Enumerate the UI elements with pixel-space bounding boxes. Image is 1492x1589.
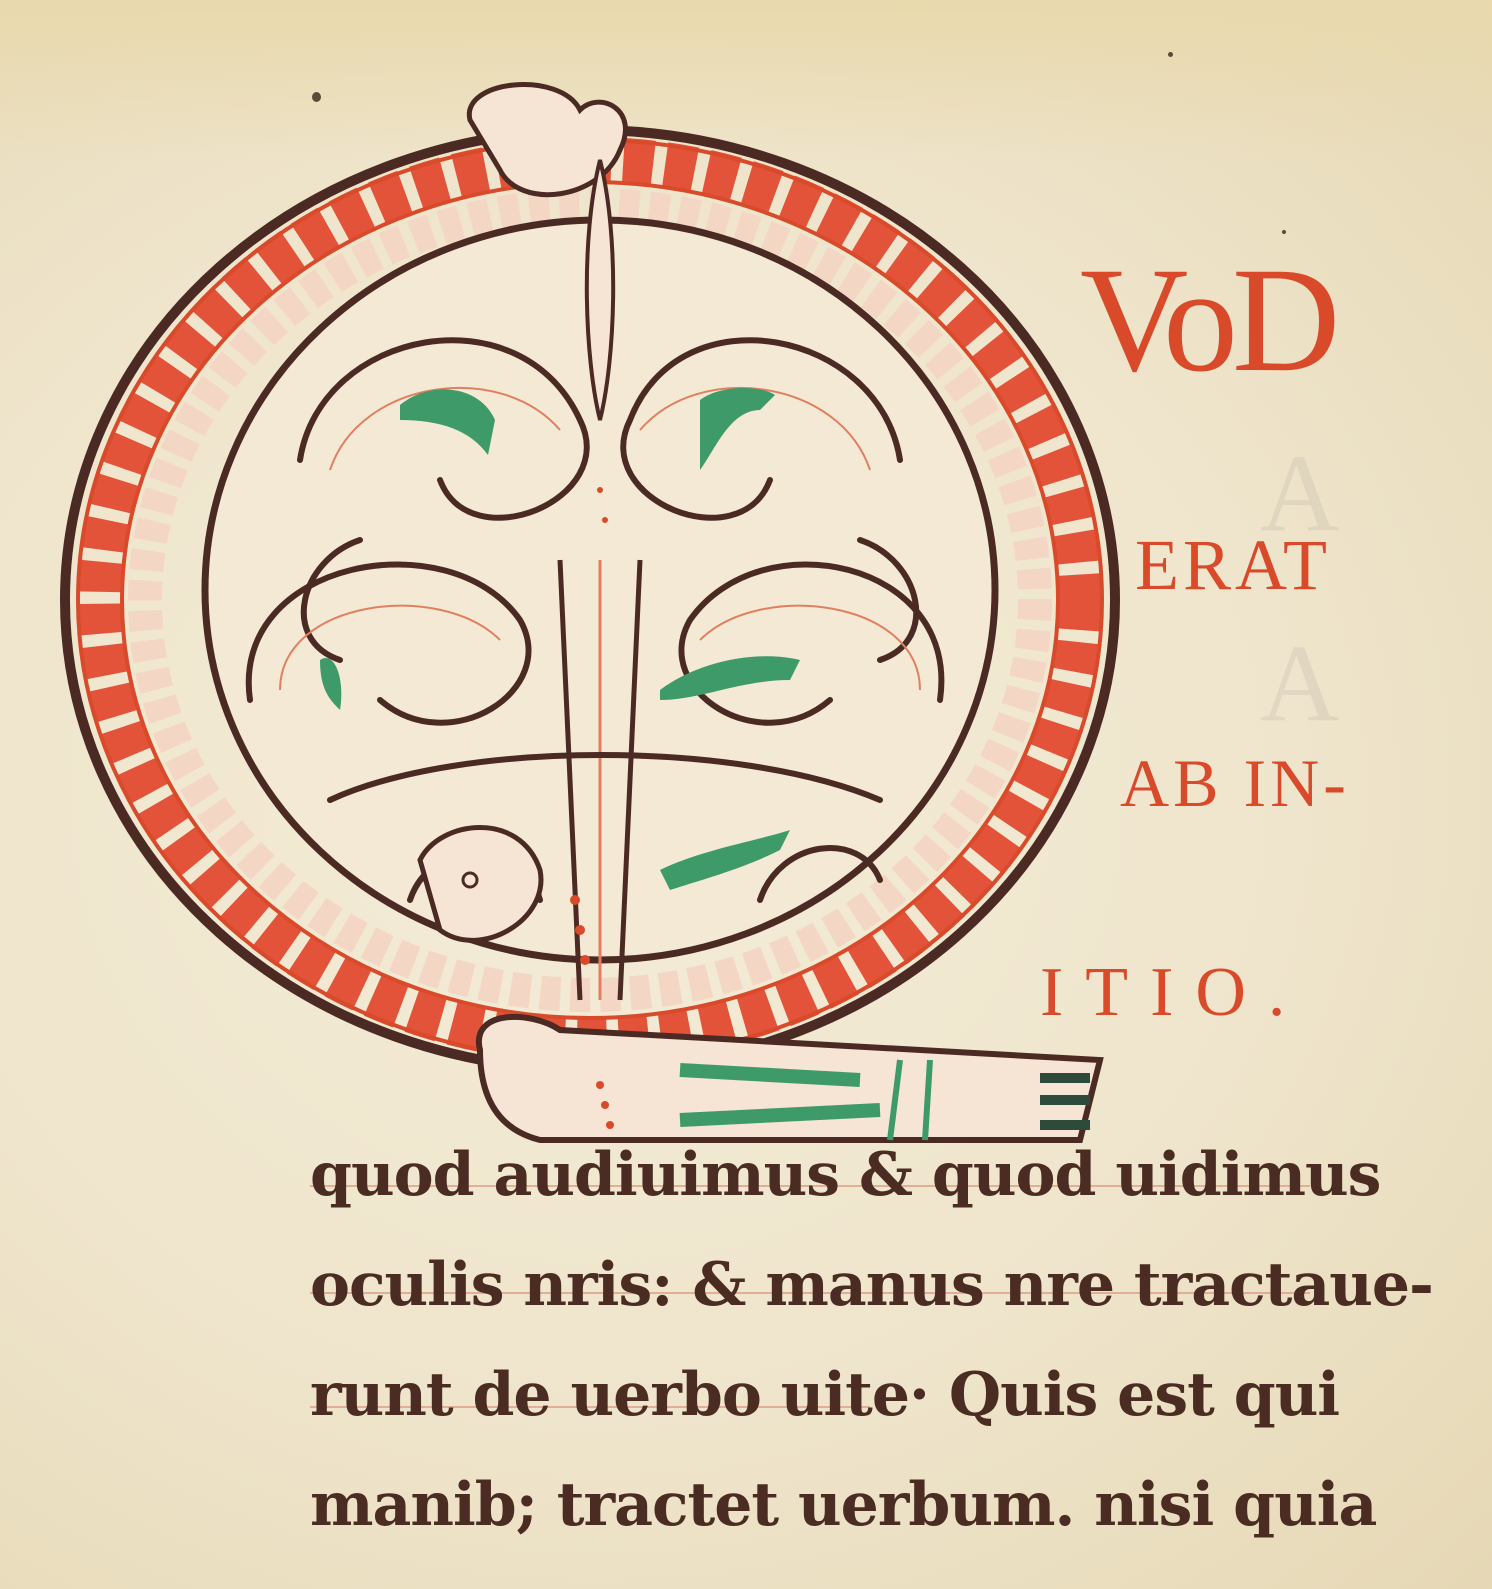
manuscript-text-line: runt de uerbo uite· Quis est qui (310, 1360, 1339, 1430)
manuscript-text-line: quod audiuimus & quod uidimus (310, 1140, 1380, 1210)
rubric-line-2: ERAT (1135, 525, 1331, 605)
rubric-line-1: VoD (1080, 245, 1334, 395)
manuscript-text-line: oculis nris: & manus nre tractaue- (310, 1250, 1433, 1320)
bleed-through-text: A (1260, 620, 1339, 747)
ink-speck (1282, 230, 1286, 234)
illuminated-initial-q (40, 60, 1200, 1170)
rubric-line-3: AB IN- (1120, 745, 1350, 821)
manuscript-text-line: manib; tractet uerbum. nisi quia (310, 1470, 1376, 1540)
ink-speck (1168, 52, 1173, 57)
rubric-line-4: ITIO. (1040, 955, 1307, 1031)
